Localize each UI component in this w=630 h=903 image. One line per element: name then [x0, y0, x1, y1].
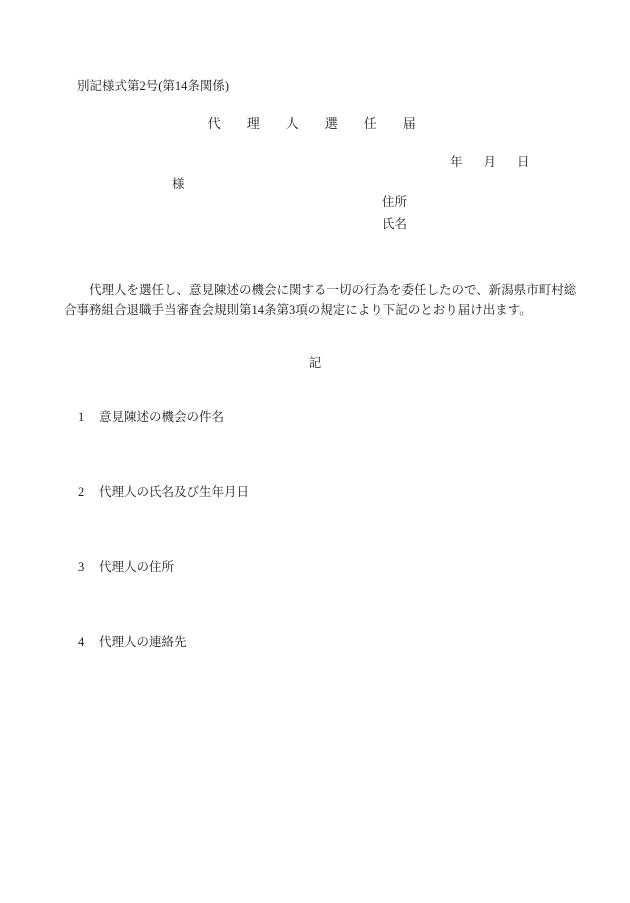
list-item-1: 1 意見陳述の機会の件名: [78, 411, 224, 424]
date-line: 年 月 日: [450, 156, 530, 169]
list-item-4: 4 代理人の連絡先: [78, 636, 187, 649]
body-paragraph: 代理人を選任し、意見陳述の機会に関する一切の行為を委任したので、新潟県市町村総 …: [64, 281, 584, 320]
body-paragraph-line-2: 合事務組合退職手当審査会規則第14条第3項の規定により下記のとおり届け出ます。: [64, 301, 584, 321]
body-paragraph-line-1: 代理人を選任し、意見陳述の機会に関する一切の行為を委任したので、新潟県市町村総: [64, 281, 584, 301]
addressee-honorific: 様: [172, 178, 185, 191]
sender-address-label: 住所: [382, 196, 407, 209]
item-3-label: 代理人の住所: [99, 561, 174, 574]
item-1-number: 1: [78, 411, 99, 424]
item-1-label: 意見陳述の機会の件名: [99, 411, 224, 424]
day-label: 日: [517, 156, 530, 169]
list-item-2: 2 代理人の氏名及び生年月日: [78, 486, 249, 499]
item-4-label: 代理人の連絡先: [99, 636, 187, 649]
item-2-label: 代理人の氏名及び生年月日: [99, 486, 249, 499]
item-4-number: 4: [78, 636, 99, 649]
item-3-number: 3: [78, 561, 99, 574]
section-marker-ki: 記: [0, 357, 630, 370]
form-title: 代 理 人 選 任 届: [0, 117, 630, 130]
month-label: 月: [484, 156, 497, 169]
sender-name-label: 氏名: [382, 218, 407, 231]
form-document-page: 別記様式第2号(第14条関係) 代 理 人 選 任 届 年 月 日 様 住所 氏…: [0, 0, 630, 903]
list-item-3: 3 代理人の住所: [78, 561, 174, 574]
year-label: 年: [450, 156, 463, 169]
form-number-note: 別記様式第2号(第14条関係): [77, 80, 229, 93]
item-2-number: 2: [78, 486, 99, 499]
